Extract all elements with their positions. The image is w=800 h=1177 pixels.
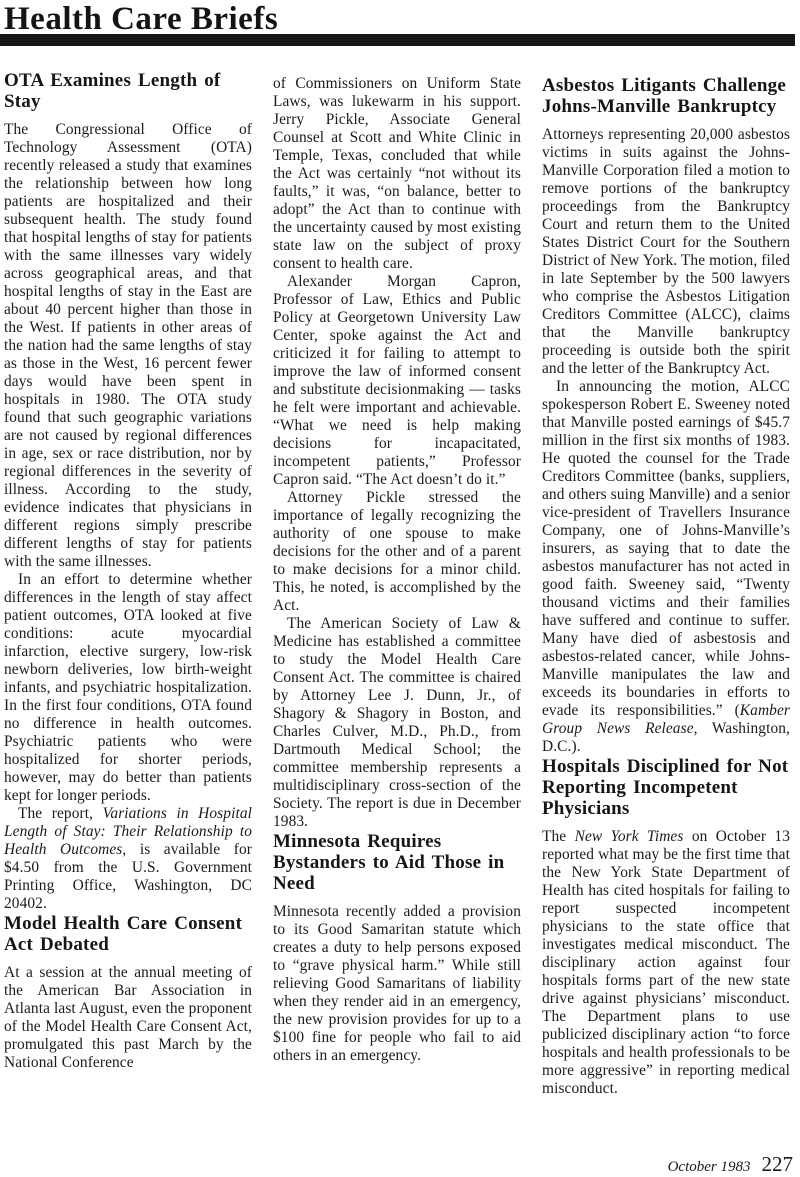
paragraph: The New York Times on October 13 reporte… bbox=[542, 828, 790, 1098]
column-3: Asbestos Litigants Challenge Johns-Manvi… bbox=[542, 70, 790, 1098]
article-heading-minnesota: Minnesota Requires Bystanders to Aid Tho… bbox=[273, 831, 521, 894]
footer-page-number: 227 bbox=[762, 1152, 794, 1176]
text-run: The report, bbox=[18, 805, 103, 822]
text-run: on October 13 reported what may be the f… bbox=[542, 828, 790, 1097]
paragraph: of Commissioners on Uniform State Laws, … bbox=[273, 70, 521, 273]
header-rule bbox=[0, 34, 795, 46]
text-run: In announcing the motion, ALCC spokesper… bbox=[542, 378, 790, 719]
article-heading-asbestos: Asbestos Litigants Challenge Johns-Manvi… bbox=[542, 70, 790, 117]
article-heading-hospitals: Hospitals Disciplined for Not Reporting … bbox=[542, 756, 790, 819]
page-title: Health Care Briefs bbox=[0, 0, 800, 36]
paragraph: Minnesota recently added a provision to … bbox=[273, 903, 521, 1065]
paragraph: In announcing the motion, ALCC spokesper… bbox=[542, 378, 790, 756]
paragraph: At a session at the annual meeting of th… bbox=[4, 964, 252, 1072]
paragraph: Attorneys representing 20,000 asbestos v… bbox=[542, 126, 790, 378]
content-columns: OTA Examines Length of Stay The Congress… bbox=[4, 70, 794, 1098]
paragraph: Attorney Pickle stressed the importance … bbox=[273, 489, 521, 615]
paragraph: The report, Variations in Hospital Lengt… bbox=[4, 805, 252, 913]
paragraph: The American Society of Law & Medicine h… bbox=[273, 615, 521, 831]
page-footer: October 1983227 bbox=[668, 1152, 793, 1177]
paragraph: In an effort to determine whether differ… bbox=[4, 571, 252, 805]
footer-issue-date: October 1983 bbox=[668, 1159, 751, 1175]
column-1: OTA Examines Length of Stay The Congress… bbox=[4, 70, 252, 1098]
article-heading-ota: OTA Examines Length of Stay bbox=[4, 70, 252, 112]
journal-page: Health Care Briefs OTA Examines Length o… bbox=[0, 0, 800, 1177]
paragraph: The Congressional Office of Technology A… bbox=[4, 121, 252, 571]
text-run: The bbox=[542, 828, 575, 845]
column-2: of Commissioners on Uniform State Laws, … bbox=[273, 70, 521, 1098]
paragraph: Alexander Morgan Capron, Professor of La… bbox=[273, 273, 521, 489]
italic-text-run: New York Times bbox=[575, 828, 684, 845]
article-heading-model-act: Model Health Care Consent Act Debated bbox=[4, 913, 252, 955]
